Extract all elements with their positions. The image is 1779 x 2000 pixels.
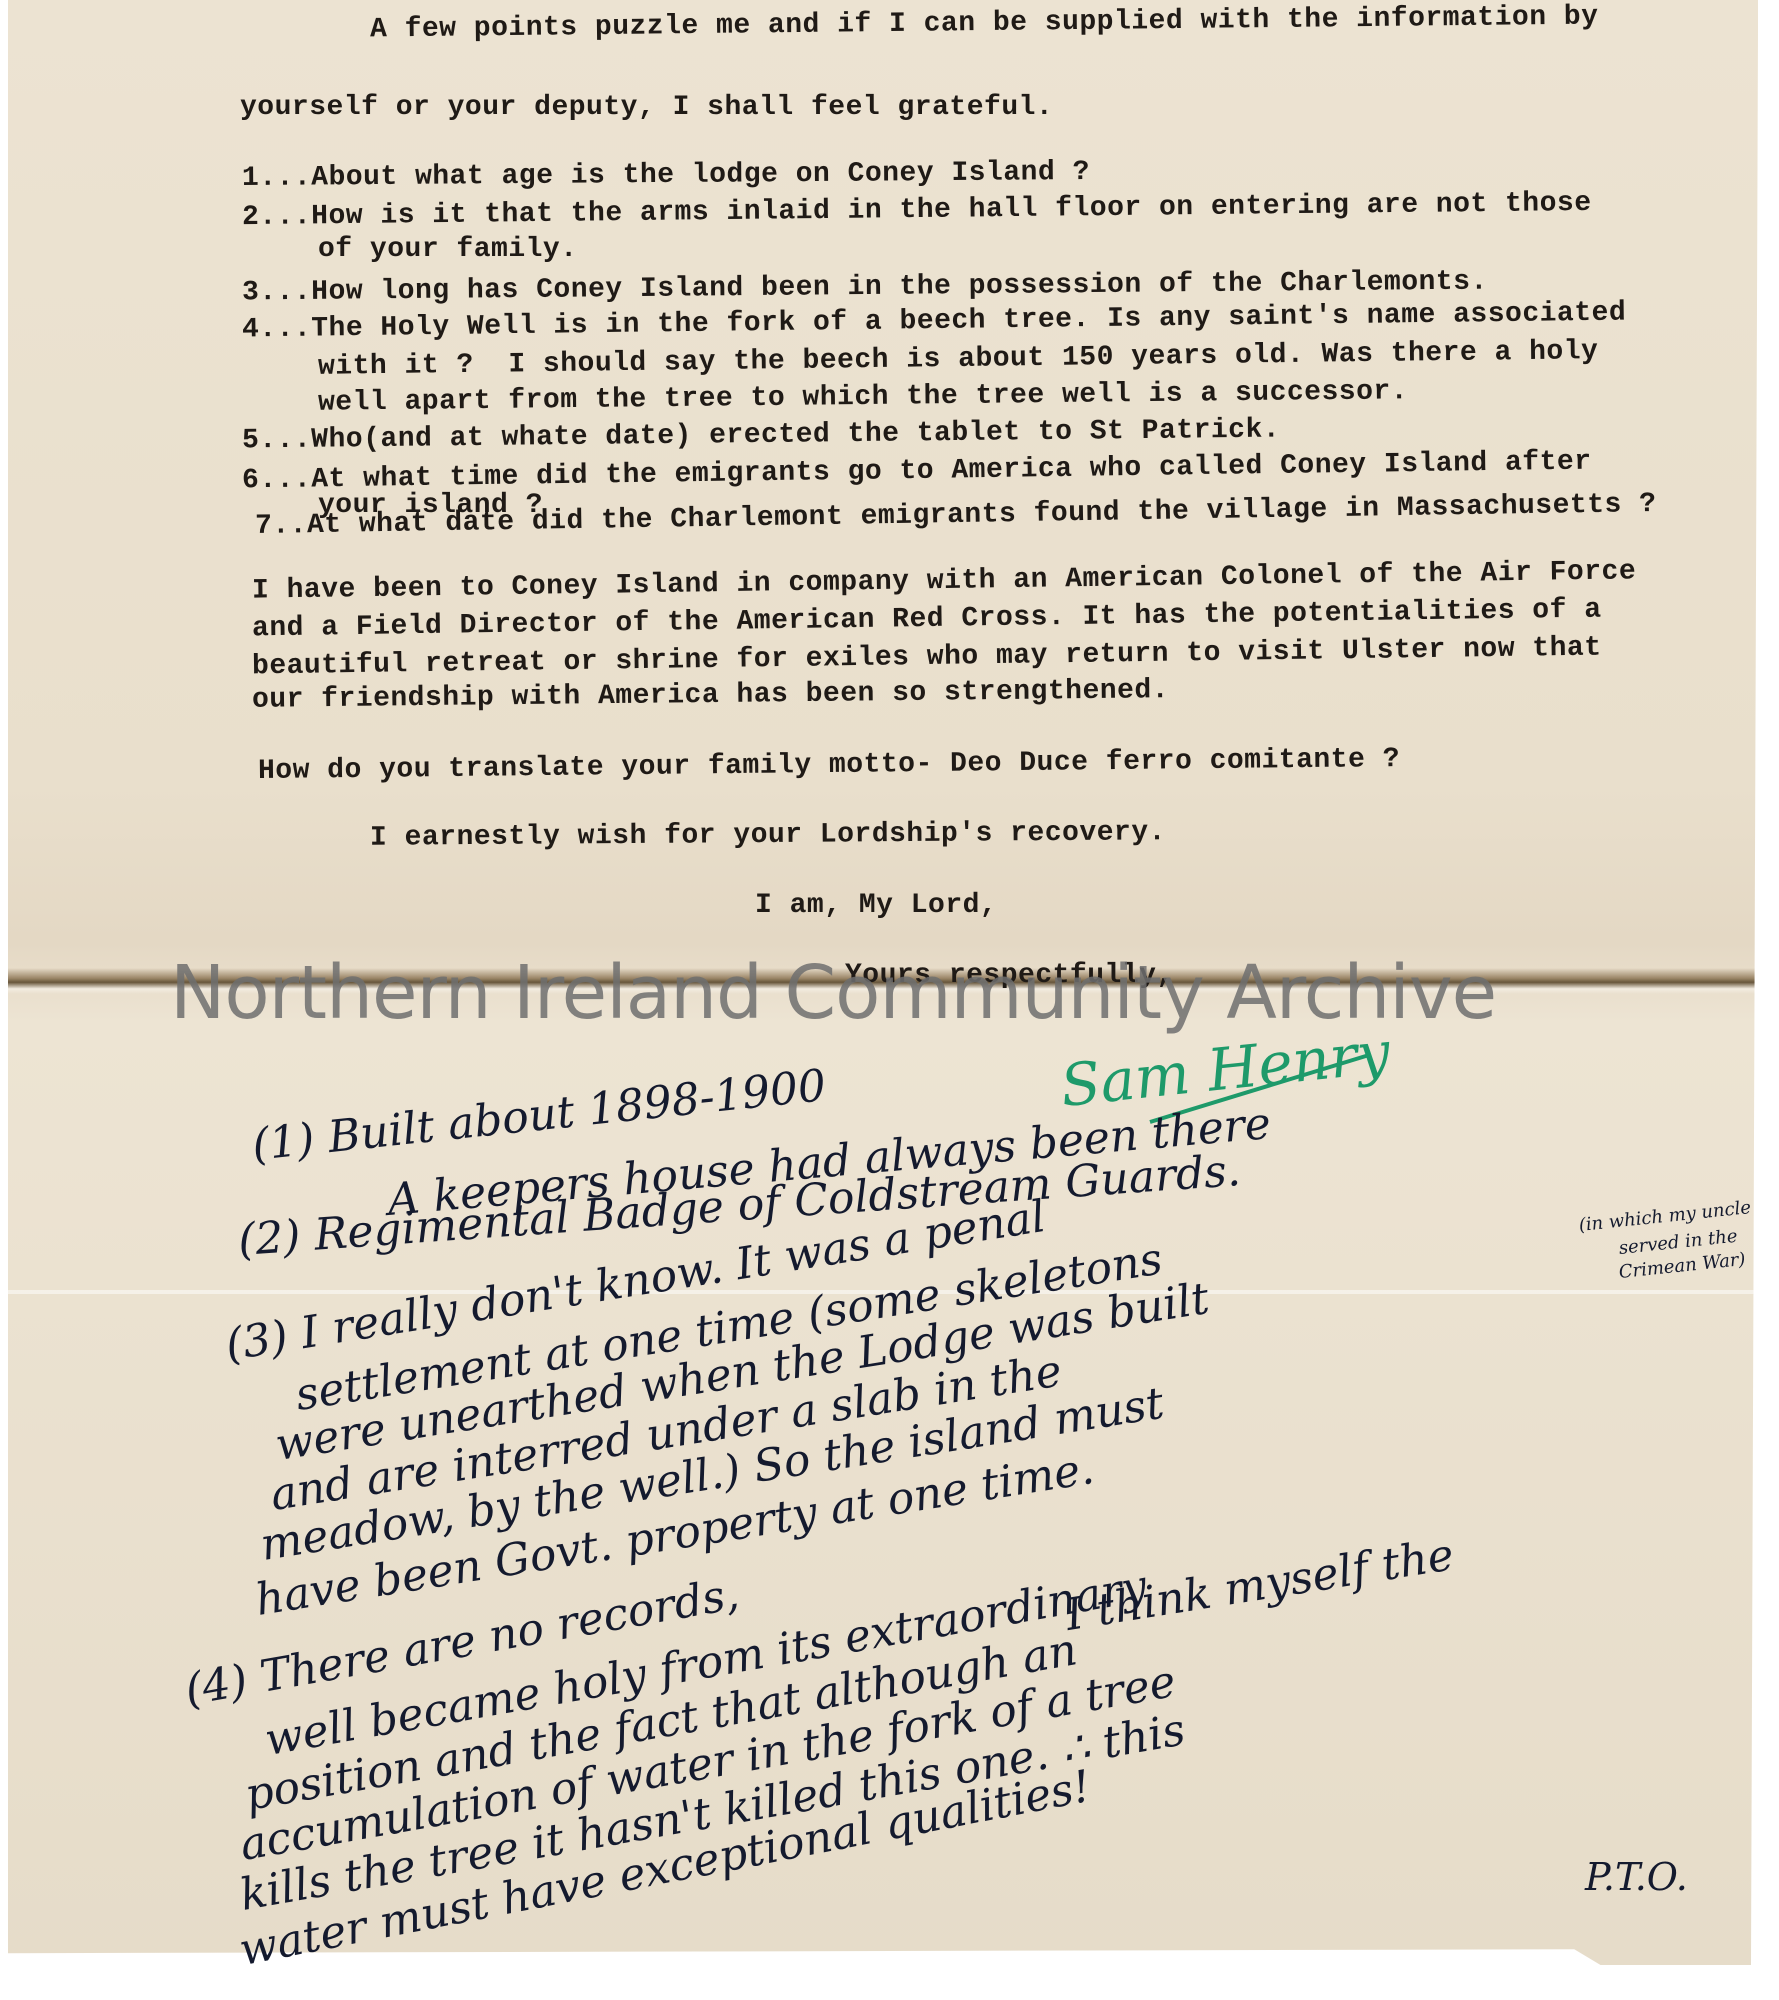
pto-note: P.T.O. [1585, 1855, 1688, 1899]
closing-line: I am, My Lord, [755, 890, 997, 921]
question-1: 1...About what age is the lodge on Coney… [242, 157, 1090, 194]
wish-line: I earnestly wish for your Lordship's rec… [370, 817, 1166, 854]
archive-watermark: Northern Ireland Community Archive [170, 950, 1496, 1036]
question-2-cont: of your family. [318, 234, 578, 265]
intro-line-2: yourself or your deputy, I shall feel gr… [240, 92, 1053, 123]
